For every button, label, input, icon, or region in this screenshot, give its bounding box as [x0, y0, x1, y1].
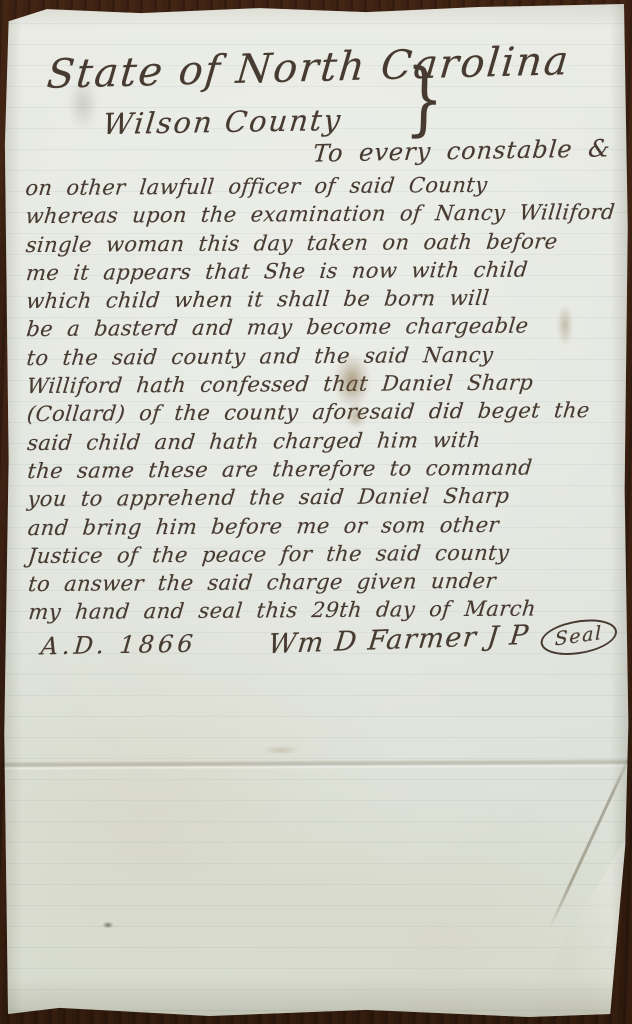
horizontal-fold-crease [3, 759, 629, 771]
header-brace-glyph: } [404, 58, 444, 140]
handwritten-line: Justice of the peace for the said county [27, 538, 622, 570]
signature-name: Wm D Farmer J P [267, 620, 531, 660]
county-line: Wilson County [101, 103, 344, 141]
date-line: A.D. 1866 [40, 630, 198, 661]
state-line: State of North Carolina [45, 38, 572, 98]
signature: Wm D Farmer J P Seal [266, 617, 619, 665]
handwritten-line: the same these are therefore to command [26, 453, 621, 485]
handwritten-line: me it appears that She is now with child [25, 255, 620, 287]
document-paper: State of North Carolina Wilson County } … [3, 3, 629, 1018]
opening-line: To every constable & [312, 134, 612, 167]
folded-corner-highlight [519, 833, 629, 1018]
seal-mark: Seal [541, 615, 617, 659]
corner-fold-crease [548, 750, 632, 929]
document-body: on other lawfull officer of said Countyw… [25, 170, 620, 627]
handwritten-line: single woman this day taken on oath befo… [25, 227, 620, 259]
footer-row: A.D. 1866 Wm D Farmer J P Seal [3, 623, 629, 683]
handwritten-line: on other lawfull officer of said County [24, 170, 619, 202]
ink-stain [101, 921, 115, 929]
ink-stain [258, 745, 304, 755]
handwritten-line: whereas upon the examination of Nancy Wi… [24, 198, 619, 230]
handwritten-line: said child and hath charged him with [26, 425, 621, 457]
handwritten-line: be a basterd and may become chargeable [25, 311, 620, 343]
handwritten-line: and bring him before me or som other [27, 509, 622, 541]
handwritten-line: to the said county and the said Nancy [25, 340, 620, 372]
handwritten-line: you to apprehend the said Daniel Sharp [26, 481, 621, 513]
photo-background: State of North Carolina Wilson County } … [0, 0, 632, 1024]
handwritten-line: (Collard) of the county aforesaid did be… [26, 396, 621, 428]
